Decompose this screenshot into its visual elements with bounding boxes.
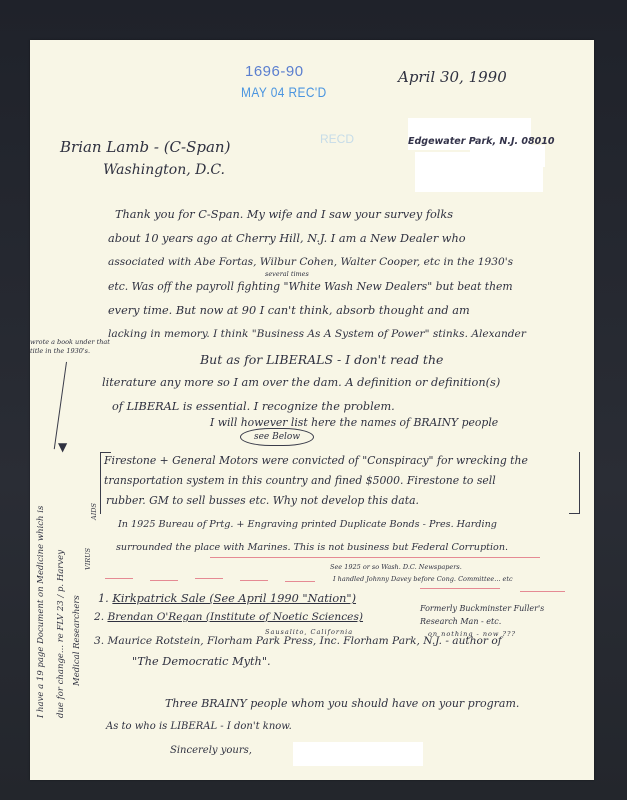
margin-label-virus: VIRUS xyxy=(84,548,92,570)
body-line-8: literature any more so I am over the dam… xyxy=(102,376,500,389)
file-number-stamp: 1696-90 xyxy=(245,63,304,80)
insertion-above: several times xyxy=(265,270,309,278)
list-item-2-text: Brendan O'Regan (Institute of Noetic Sci… xyxy=(107,611,363,623)
letter-date: April 30, 1990 xyxy=(398,68,507,86)
harding-note-1: See 1925 or so Wash. D.C. Newspapers. xyxy=(330,563,462,571)
body-line-3: associated with Abe Fortas, Wilbur Cohen… xyxy=(108,256,513,268)
body-line-4: etc. Was off the payroll fighting "White… xyxy=(108,280,513,293)
harding-line-1: In 1925 Bureau of Prtg. + Engraving prin… xyxy=(118,519,497,530)
recipient-city: Washington, D.C. xyxy=(103,162,225,178)
list-item-2: 2. Brendan O'Regan (Institute of Noetic … xyxy=(94,611,363,623)
list-item-3: 3. Maurice Rotstein, Florham Park Press,… xyxy=(94,635,502,647)
red-dash-7 xyxy=(520,591,565,592)
list-item-1: 1. Kirkpatrick Sale (See April 1990 "Nat… xyxy=(98,592,356,605)
closing-line-1: Three BRAINY people whom you should have… xyxy=(165,697,519,710)
body-line-7: But as for LIBERALS - I don't read the xyxy=(200,352,443,367)
red-dash-3 xyxy=(195,578,223,579)
body-line-6: lacking in memory. I think "Business As … xyxy=(108,328,526,340)
received-date-stamp: MAY 04 REC'D xyxy=(241,84,327,100)
margin-label-aids: AIDS xyxy=(90,503,98,520)
boxed-line-1: Firestone + General Motors were convicte… xyxy=(104,454,528,467)
faded-stamp: RECD xyxy=(320,132,354,146)
red-dash-6 xyxy=(420,588,500,589)
recipient-name: Brian Lamb - (C-Span) xyxy=(60,138,230,156)
list-item-3-number: 3. xyxy=(94,635,104,647)
margin-arrow-head-icon: ▼ xyxy=(58,440,67,454)
harding-note-2: I handled Johnny Davey before Cong. Comm… xyxy=(333,575,513,583)
redaction-signature xyxy=(293,742,423,766)
body-line-1: Thank you for C-Span. My wife and I saw … xyxy=(115,208,453,221)
list-item-2-number: 2. xyxy=(94,611,104,623)
body-line-5: every time. But now at 90 I can't think,… xyxy=(108,304,470,317)
red-dash-2 xyxy=(150,580,178,581)
list-item-2-aside-2: Research Man - etc. xyxy=(420,617,501,626)
see-below-bubble: see Below xyxy=(240,428,314,446)
boxed-line-2: transportation system in this country an… xyxy=(104,474,496,487)
margin-note-book-title: wrote a book under that title in the 193… xyxy=(30,338,112,356)
list-item-1-number: 1. xyxy=(98,592,109,605)
redaction-address-bottom xyxy=(415,152,543,192)
body-line-9: of LIBERAL is essential. I recognize the… xyxy=(112,400,395,413)
sender-city: Edgewater Park, N.J. 08010 xyxy=(408,136,554,147)
list-item-3-text: Maurice Rotstein, Florham Park Press, In… xyxy=(107,635,501,647)
margin-vertical-line-1: I have a 19 page Document on Medicine wh… xyxy=(36,506,46,718)
list-item-2-aside-1: Formerly Buckminster Fuller's xyxy=(420,604,544,613)
closing-line-2: As to who is LIBERAL - I don't know. xyxy=(106,721,292,732)
red-dash-4 xyxy=(240,580,268,581)
red-dash-1 xyxy=(105,578,133,579)
signoff: Sincerely yours, xyxy=(170,745,252,756)
body-line-10: I will however list here the names of BR… xyxy=(210,416,498,429)
margin-vertical-line-3: Medical Researchers xyxy=(72,595,82,686)
margin-vertical-line-2: due for change... re FLV 23 / p. Harvey xyxy=(56,550,66,718)
boxed-line-3: rubber. GM to sell busses etc. Why not d… xyxy=(106,494,419,507)
red-dash-5 xyxy=(285,581,315,582)
harding-line-2: surrounded the place with Marines. This … xyxy=(116,542,508,553)
body-line-2: about 10 years ago at Cherry Hill, N.J. … xyxy=(108,232,466,245)
red-underline-harding xyxy=(210,557,540,558)
list-item-3-continued: "The Democratic Myth". xyxy=(132,655,271,668)
list-item-1-text: Kirkpatrick Sale (See April 1990 "Nation… xyxy=(112,592,356,605)
